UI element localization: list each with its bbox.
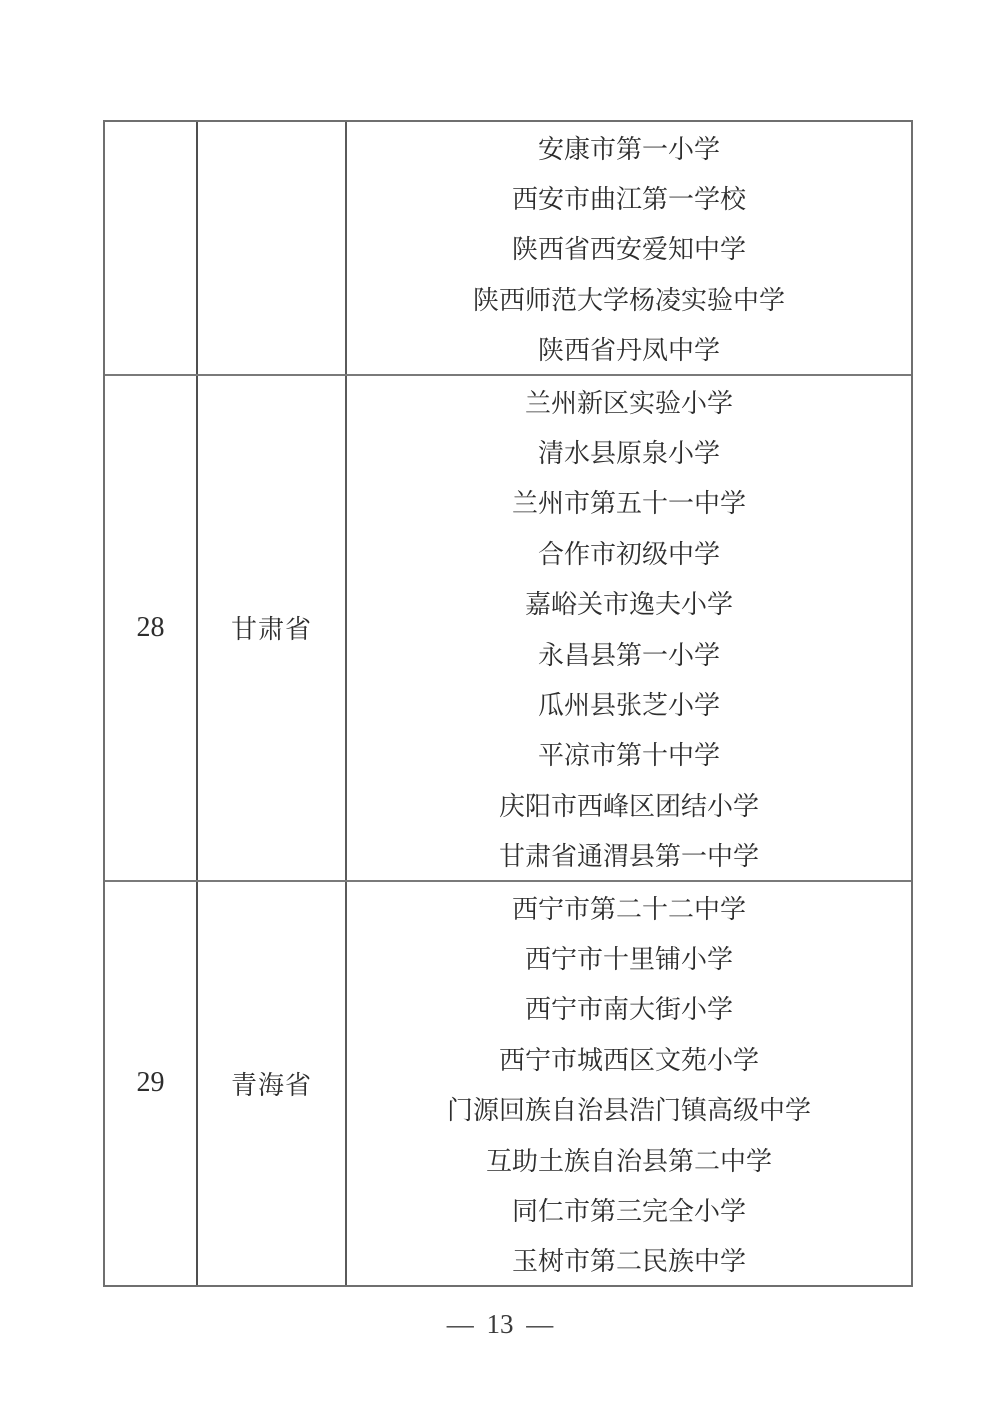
province-cell	[198, 122, 347, 374]
document-page: 安康市第一小学西安市曲江第一学校陕西省西安爱知中学陕西师范大学杨凌实验中学陕西省…	[0, 0, 1000, 1414]
table-row: 29青海省西宁市第二十二中学西宁市十里铺小学西宁市南大街小学西宁市城西区文苑小学…	[105, 882, 911, 1285]
school-name: 兰州市第五十一中学	[347, 477, 911, 527]
school-name: 同仁市第三完全小学	[347, 1184, 911, 1234]
table-row: 安康市第一小学西安市曲江第一学校陕西省西安爱知中学陕西师范大学杨凌实验中学陕西省…	[105, 122, 911, 376]
school-name: 瓜州县张芝小学	[347, 678, 911, 728]
school-name: 门源回族自治县浩门镇高级中学	[347, 1083, 911, 1133]
schools-table: 安康市第一小学西安市曲江第一学校陕西省西安爱知中学陕西师范大学杨凌实验中学陕西省…	[103, 120, 913, 1287]
school-name: 西安市曲江第一学校	[347, 172, 911, 222]
row-index-cell: 29	[105, 882, 198, 1285]
school-name: 永昌县第一小学	[347, 628, 911, 678]
school-name: 玉树市第二民族中学	[347, 1235, 911, 1285]
school-name: 庆阳市西峰区团结小学	[347, 779, 911, 829]
row-index-cell: 28	[105, 376, 198, 880]
province-cell: 青海省	[198, 882, 347, 1285]
school-name: 嘉峪关市逸夫小学	[347, 578, 911, 628]
schools-cell: 安康市第一小学西安市曲江第一学校陕西省西安爱知中学陕西师范大学杨凌实验中学陕西省…	[347, 122, 911, 374]
table-row: 28甘肃省兰州新区实验小学清水县原泉小学兰州市第五十一中学合作市初级中学嘉峪关市…	[105, 376, 911, 882]
school-name: 安康市第一小学	[347, 122, 911, 172]
school-name: 西宁市南大街小学	[347, 983, 911, 1033]
school-name: 西宁市城西区文苑小学	[347, 1033, 911, 1083]
school-name: 清水县原泉小学	[347, 426, 911, 476]
school-name: 陕西省西安爱知中学	[347, 223, 911, 273]
school-name: 西宁市第二十二中学	[347, 882, 911, 932]
school-name: 陕西师范大学杨凌实验中学	[347, 273, 911, 323]
school-name: 合作市初级中学	[347, 527, 911, 577]
school-name: 西宁市十里铺小学	[347, 932, 911, 982]
school-name: 互助土族自治县第二中学	[347, 1134, 911, 1184]
school-name: 陕西省丹凤中学	[347, 324, 911, 374]
province-cell: 甘肃省	[198, 376, 347, 880]
school-name: 甘肃省通渭县第一中学	[347, 829, 911, 879]
school-name: 兰州新区实验小学	[347, 376, 911, 426]
schools-cell: 兰州新区实验小学清水县原泉小学兰州市第五十一中学合作市初级中学嘉峪关市逸夫小学永…	[347, 376, 911, 880]
row-index-cell	[105, 122, 198, 374]
schools-cell: 西宁市第二十二中学西宁市十里铺小学西宁市南大街小学西宁市城西区文苑小学门源回族自…	[347, 882, 911, 1285]
school-name: 平凉市第十中学	[347, 729, 911, 779]
page-number: — 13 —	[0, 1309, 1000, 1340]
